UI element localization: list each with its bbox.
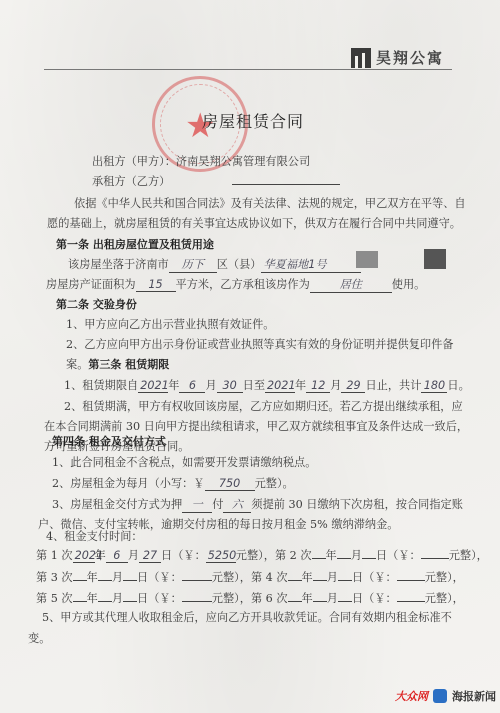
day-label: 日（￥： xyxy=(352,571,397,584)
payment-day-blank xyxy=(338,571,352,581)
total-days: 180 xyxy=(421,379,447,393)
article4-item5-line2: 变。 xyxy=(28,630,50,646)
day-label: 日（￥： xyxy=(161,549,206,562)
lessor-value: 济南昊翔公寓管理有限公司 xyxy=(176,155,310,168)
year-label: 年 xyxy=(302,592,313,605)
payment-year-blank xyxy=(73,592,87,602)
lessee-label: 承租方（乙方） xyxy=(92,175,170,188)
rent-prefix: 2、房屋租金为每月（小写：￥ xyxy=(52,477,205,490)
payment-day-blank xyxy=(123,571,137,581)
payment-day: 27 xyxy=(139,549,161,563)
payment-month-blank xyxy=(313,571,327,581)
article2-item1: 1、甲方应向乙方出示营业执照有效证件。 xyxy=(66,316,275,332)
payment-month-blank xyxy=(98,592,112,602)
article3-item2-line2: 在本合同期满前 30 日向甲方提出续租请求，甲乙双方就续租事宜及条件达成一致后， xyxy=(44,418,468,434)
yuan-label: 元整）， xyxy=(236,549,275,562)
article1-heading: 第一条 出租房屋位置及租赁用途 xyxy=(56,236,214,252)
monthly-rent-line: 2、房屋租金为每月（小写：￥750元整）。 xyxy=(52,475,294,491)
yuan-label: 元整）， xyxy=(425,592,464,605)
article4-item1: 1、此合同租金不含税点，如需要开发票请缴纳税点。 xyxy=(52,454,316,470)
article4-item5-line1: 5、甲方或其代理人收取租金后，应向乙方开具收款凭证。合同有效期内租金标准不 xyxy=(42,609,452,625)
monthly-rent-value: 750 xyxy=(205,477,255,491)
start-year: 2021 xyxy=(138,379,168,393)
payment-mid: 付 xyxy=(212,498,223,511)
day-end-label: 日止，共计 xyxy=(365,379,421,392)
payment-day-blank xyxy=(123,592,137,602)
article2-item2-line2: 案。第三条 租赁期限 xyxy=(66,356,169,372)
payment-month: 6 xyxy=(106,549,128,563)
term-prefix: 1、租赁期限自 xyxy=(64,379,138,392)
payment-year: 2021 xyxy=(73,549,95,563)
payment-label: 第 4 次 xyxy=(251,571,288,584)
article2-heading: 第二条 交验身份 xyxy=(56,296,137,312)
lessor-label: 出租方（甲方）： xyxy=(92,155,176,168)
yuan-label: 元整）， xyxy=(212,571,251,584)
year-label: 年 xyxy=(95,549,106,562)
lease-term-line: 1、租赁期限自2021年6月30日至2021年12月29日止，共计180日。 xyxy=(64,377,470,393)
year-label: 年 xyxy=(168,379,179,392)
redaction-block-2 xyxy=(424,249,446,269)
payment-amount-blank xyxy=(421,549,449,559)
rent-suffix: 元整）。 xyxy=(255,477,294,490)
header-divider xyxy=(44,69,452,70)
day-label: 日（￥： xyxy=(376,549,421,562)
payment-label: 第 2 次 xyxy=(275,549,312,562)
payment-method-line: 3、房屋租金交付方式为押一付六须提前 30 日缴纳下次房租，按合同指定账 xyxy=(52,496,463,513)
payment-label: 第 1 次 xyxy=(36,549,73,562)
month-label: 月 xyxy=(128,549,139,562)
lessee-line: 承租方（乙方） xyxy=(92,173,340,189)
payment-label: 第 5 次 xyxy=(36,592,73,605)
payment-schedule-heading: 4、租金支付时间： xyxy=(46,528,143,544)
document-page: 昊翔公寓 ★ 房屋租赁合同 出租方（甲方）：济南昊翔公寓管理有限公司 承租方（乙… xyxy=(0,0,500,713)
payment-month-blank xyxy=(337,549,351,559)
year-label: 年 xyxy=(87,571,98,584)
preamble-line-1: 依据《中华人民共和国合同法》及有关法律、法规的规定，甲乙双方在平等、自 xyxy=(74,195,466,211)
payment-label: 第 3 次 xyxy=(36,571,73,584)
month-label: 月 xyxy=(351,549,362,562)
payment-year-blank xyxy=(312,549,326,559)
yuan-label: 元整）， xyxy=(425,571,464,584)
article3-item2-line1: 2、租赁期满，甲方有权收回该房屋，乙方应如期归还。若乙方提出继续承租，应 xyxy=(64,398,463,414)
article3-heading: 第三条 租赁期限 xyxy=(88,358,169,371)
yuan-label: 元整）， xyxy=(212,592,251,605)
payment-amount-blank xyxy=(397,592,425,602)
deposit-months-value: 一 xyxy=(182,496,212,513)
start-day: 30 xyxy=(217,379,243,393)
usage-suffix: 使用。 xyxy=(392,278,426,291)
location-prefix: 该房屋坐落于济南市 xyxy=(68,258,169,271)
payment-amount-blank xyxy=(397,571,425,581)
end-month: 12 xyxy=(306,379,330,393)
payment-year-blank xyxy=(288,571,302,581)
yuan-label: 元整）， xyxy=(449,549,488,562)
payment-year-blank xyxy=(73,571,87,581)
day-label: 日（￥： xyxy=(137,571,182,584)
company-logo: 昊翔公寓 xyxy=(351,47,444,68)
news-watermark: 大众网 海报新闻 xyxy=(395,688,496,704)
payment-suffix: 须提前 30 日缴纳下次房租，按合同指定账 xyxy=(251,498,463,511)
haibao-watermark: 海报新闻 xyxy=(452,688,496,704)
dazhong-watermark: 大众网 xyxy=(395,688,428,704)
article2-item2-tail: 案。 xyxy=(66,358,88,371)
year-label: 年 xyxy=(302,571,313,584)
payment-row-3: 第 5 次年月日（￥：元整），第 6 次年月日（￥：元整）， xyxy=(36,590,464,606)
payment-row-2: 第 3 次年月日（￥：元整），第 4 次年月日（￥：元整）， xyxy=(36,569,464,585)
year-label: 年 xyxy=(295,379,306,392)
usage-value: 居住 xyxy=(310,276,392,293)
district-suffix: 区（县） xyxy=(217,258,262,271)
address-value: 华夏福地1号 xyxy=(261,256,361,273)
month-label: 月 xyxy=(112,571,123,584)
payment-day-blank xyxy=(338,592,352,602)
lessee-blank xyxy=(232,175,340,185)
day-label: 日（￥： xyxy=(137,592,182,605)
day-label: 日（￥： xyxy=(352,592,397,605)
payment-year-blank xyxy=(288,592,302,602)
preamble-line-2: 愿的基础上，就房屋租赁的有关事宜达成协议如下，供双方在履行合同中共同遵守。 xyxy=(47,215,461,231)
month-label: 月 xyxy=(112,592,123,605)
haibao-app-icon xyxy=(433,689,447,703)
year-label: 年 xyxy=(326,549,337,562)
month-label: 月 xyxy=(330,379,341,392)
pay-months-value: 六 xyxy=(223,496,251,513)
lessor-line: 出租方（甲方）：济南昊翔公寓管理有限公司 xyxy=(92,153,310,169)
area-mid: 平方米，乙方承租该房作为 xyxy=(176,278,310,291)
payment-amount: 5250 xyxy=(206,549,236,563)
payment-label: 第 6 次 xyxy=(251,592,288,605)
month-label: 月 xyxy=(327,592,338,605)
month-label: 月 xyxy=(327,571,338,584)
payment-amount-blank xyxy=(182,571,212,581)
district-value: 历下 xyxy=(169,256,217,273)
building-logo-icon xyxy=(351,48,371,68)
days-suffix: 日。 xyxy=(447,379,469,392)
article2-item2-line1: 2、乙方应向甲方出示身份证或营业执照等真实有效的身份证明并提供复印件备 xyxy=(66,336,454,352)
area-value: 15 xyxy=(136,278,176,292)
area-prefix: 房屋房产证面积为 xyxy=(46,278,136,291)
end-day: 29 xyxy=(341,379,365,393)
redaction-block-1 xyxy=(356,251,378,268)
end-year: 2021 xyxy=(265,379,295,393)
month-label: 月 xyxy=(205,379,216,392)
payment-day-blank xyxy=(362,549,376,559)
year-label: 年 xyxy=(87,592,98,605)
day-to-label: 日至 xyxy=(243,379,265,392)
logo-text: 昊翔公寓 xyxy=(376,47,444,68)
payment-amount-blank xyxy=(182,592,212,602)
article4-heading: 第四条 租金及交付方式 xyxy=(52,433,166,449)
payment-row-1: 第 1 次2021年6月27日（￥：5250元整），第 2 次年月日（￥：元整）… xyxy=(36,547,488,563)
document-title: 房屋租赁合同 xyxy=(202,109,304,132)
payment-month-blank xyxy=(313,592,327,602)
payment-prefix: 3、房屋租金交付方式为押 xyxy=(52,498,182,511)
location-line: 该房屋坐落于济南市历下区（县）华夏福地1号 xyxy=(68,256,361,273)
payment-month-blank xyxy=(98,571,112,581)
start-month: 6 xyxy=(179,379,205,393)
area-line: 房屋房产证面积为15平方米，乙方承租该房作为居住使用。 xyxy=(46,276,425,293)
